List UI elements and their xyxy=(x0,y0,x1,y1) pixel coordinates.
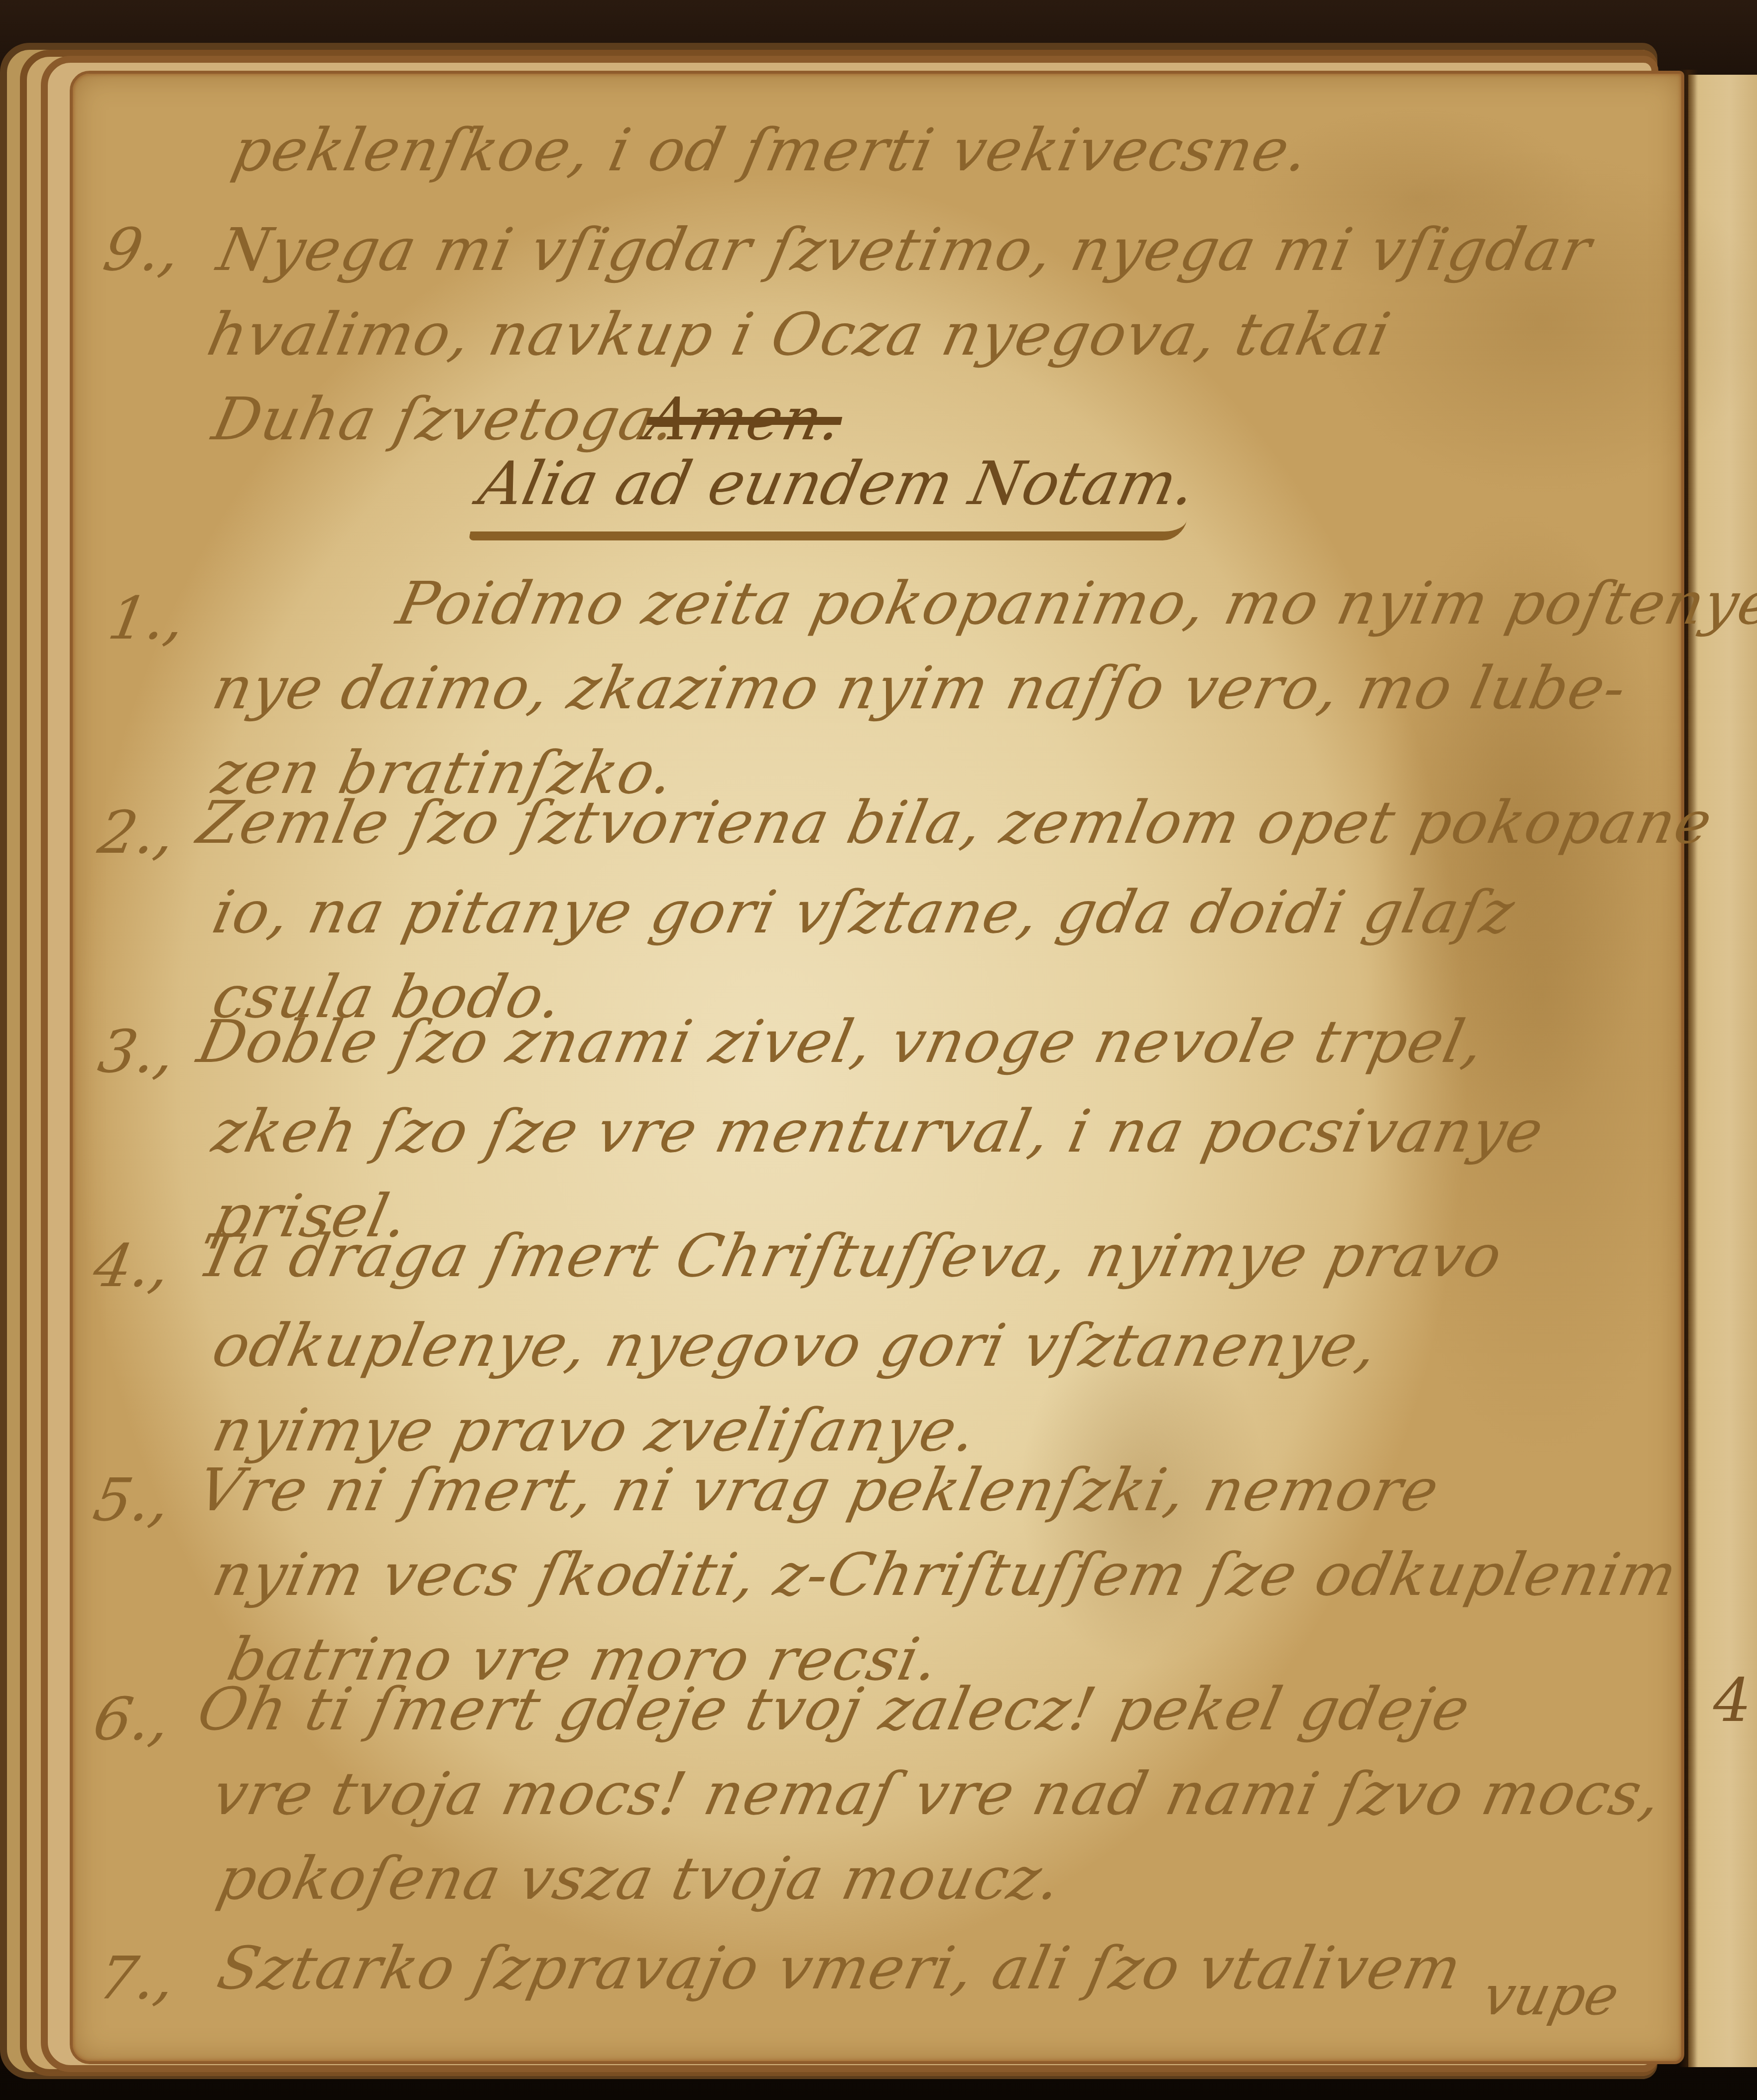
verse-number: 7., xyxy=(94,1944,180,2012)
verse-line: nyimye pravo zveliſanye. xyxy=(207,1396,983,1464)
verse-number: 3., xyxy=(94,1017,180,1086)
verse-line: Oh ti ſmert gdeje tvoj zalecz! pekel gde… xyxy=(192,1675,1477,1743)
struck-word: Amen. xyxy=(640,385,849,453)
verse-line: Duha ſzvetoga. xyxy=(207,385,683,453)
facing-page-number: 4 xyxy=(1713,1666,1751,1735)
verse-line: Sztarko ſzpravajo vmeri, ali ſzo vtalive… xyxy=(212,1934,1468,2002)
verse-line: odkuplenye, nyegovo gori vſztanenye, xyxy=(207,1311,1384,1380)
verse-number: 9., xyxy=(99,215,185,284)
section-heading: Alia ad eundem Notam. xyxy=(469,449,1202,540)
verse-line: nye daimo, zkazimo nyim naſſo vero, mo l… xyxy=(207,654,1633,722)
verse-line: zkeh ſzo ſze vre menturval, i na pocsiva… xyxy=(207,1097,1550,1166)
verse-line: Vre ni ſmert, ni vrag peklenſzki, nemore xyxy=(192,1455,1445,1524)
verse-line: pokoſena vsza tvoja moucz. xyxy=(212,1844,1068,1913)
verse-line: Zemle ſzo ſztvoriena bila, zemlom opet p… xyxy=(192,788,1719,857)
catchword: vupe xyxy=(1477,1964,1625,2027)
carryover-line: peklenſkoe, i od ſmerti vekivecsne. xyxy=(227,116,1316,184)
verse-line: io, na pitanye gori vſztane, gda doidi g… xyxy=(207,878,1521,946)
verse-number: 2., xyxy=(94,798,180,867)
verse-line: Poidmo zeita pokopanimo, mo nyim poſteny… xyxy=(391,569,1757,638)
verse-number: 1., xyxy=(104,584,190,653)
verse-line: Ta draga ſmert Chriſtuſſeva, nyimye prav… xyxy=(192,1221,1508,1290)
verse-line: nyim vecs ſkoditi, z-Chriſtuſſem ſze odk… xyxy=(207,1540,1684,1609)
verse-number: 4., xyxy=(89,1231,175,1300)
manuscript-text: peklenſkoe, i od ſmerti vekivecsne. 9., … xyxy=(70,71,1678,2058)
verse-number: 6., xyxy=(89,1685,175,1753)
verse-line: Doble ſzo znami zivel, vnoge nevole trpe… xyxy=(192,1007,1491,1076)
verse-line: Nyega mi vſigdar ſzvetimo, nyega mi vſig… xyxy=(212,215,1598,284)
verse-line: vre tvoja mocs! nemaſ vre nad nami ſzvo … xyxy=(207,1759,1668,1828)
facing-page xyxy=(1688,75,1757,2067)
verse-line: hvalimo, navkup i Ocza nyegova, takai xyxy=(202,300,1397,369)
verse-number: 5., xyxy=(89,1465,175,1534)
